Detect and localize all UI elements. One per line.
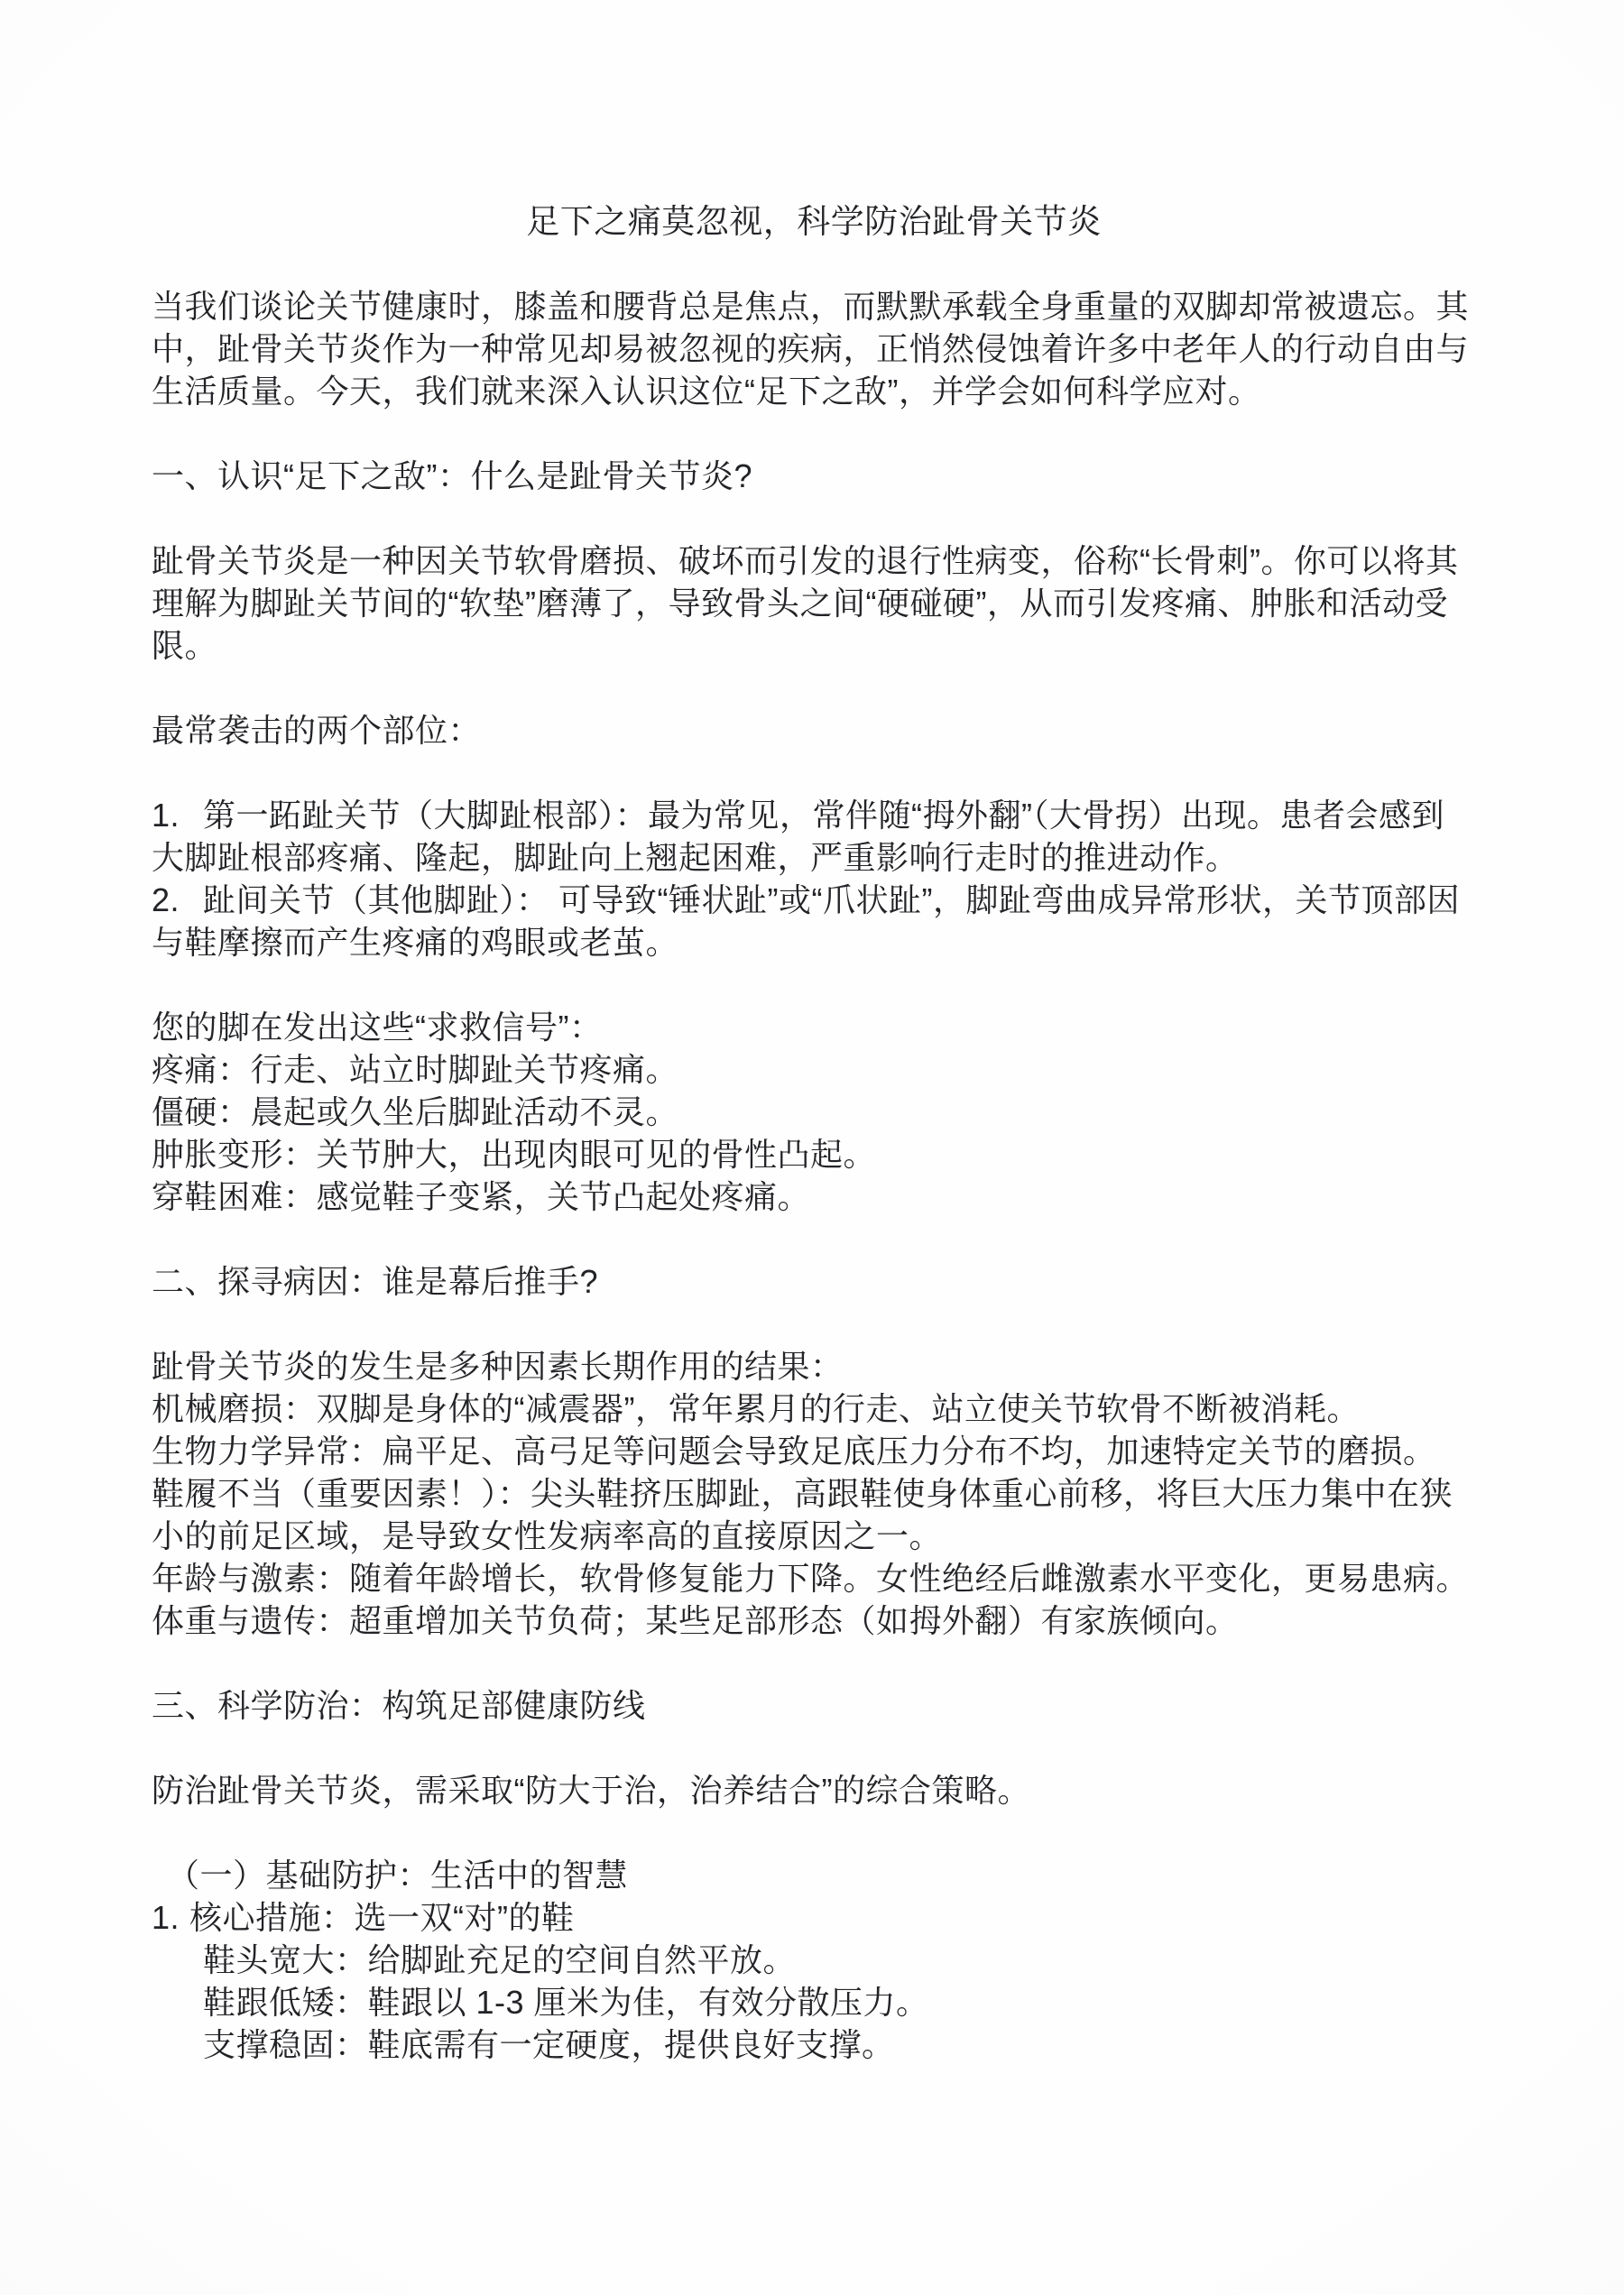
core-measure-item: 1.核心措施：选一双“对”的鞋	[152, 1896, 1476, 1939]
section-2-heading: 二、探寻病因：谁是幕后推手?	[152, 1260, 1476, 1303]
document-screenshot: { "doc": { "title": "足下之痛莫忽视，科学防治趾骨关节炎",…	[0, 0, 1624, 2295]
sites-list: 1.第一跖趾关节（大脚趾根部）：最为常见，常伴随“拇外翻”（大骨拐）出现。患者会…	[152, 794, 1476, 963]
signals-lead-line: 您的脚在发出这些“求救信号”：	[152, 1006, 1476, 1048]
signal-shoe-difficulty: 穿鞋困难：感觉鞋子变紧，关节凸起处疼痛。	[152, 1175, 1476, 1218]
shoe-tip-wide-toe: 鞋头宽大：给脚趾充足的空间自然平放。	[152, 1939, 1476, 1981]
warning-signals-block: 您的脚在发出这些“求救信号”： 疼痛：行走、站立时脚趾关节疼痛。 僵硬：晨起或久…	[152, 1006, 1476, 1218]
cause-age-hormones: 年龄与激素：随着年龄增长，软骨修复能力下降。女性绝经后雌激素水平变化，更易患病。	[152, 1557, 1476, 1599]
site-item-1: 1.第一跖趾关节（大脚趾根部）：最为常见，常伴随“拇外翻”（大骨拐）出现。患者会…	[152, 794, 1476, 879]
shoe-tip-low-heel: 鞋跟低矮：鞋跟以 1-3 厘米为佳，有效分散压力。	[152, 1981, 1476, 2023]
document-page: 足下之痛莫忽视，科学防治趾骨关节炎 当我们谈论关节健康时，膝盖和腰背总是焦点，而…	[0, 0, 1624, 2295]
section-1-definition-paragraph: 趾骨关节炎是一种因关节软骨磨损、破坏而引发的退行性病变，俗称“长骨刺”。你可以将…	[152, 539, 1476, 667]
basic-protection-subheading: （一）基础防护：生活中的智慧	[152, 1854, 1476, 1896]
intro-paragraph: 当我们谈论关节健康时，膝盖和腰背总是焦点，而默默承载全身重量的双脚却常被遗忘。其…	[152, 285, 1476, 412]
site-item-1-marker: 1.	[152, 794, 203, 836]
cause-biomechanics: 生物力学异常：扁平足、高弓足等问题会导致足底压力分布不均，加速特定关节的磨损。	[152, 1430, 1476, 1472]
site-item-1-text: 第一跖趾关节（大脚趾根部）：最为常见，常伴随“拇外翻”（大骨拐）出现。患者会感到…	[152, 797, 1444, 876]
section-3-heading: 三、科学防治：构筑足部健康防线	[152, 1684, 1476, 1727]
cause-mechanical-wear: 机械磨损：双脚是身体的“减震器”，常年累月的行走、站立使关节软骨不断被消耗。	[152, 1387, 1476, 1430]
basic-protection-block: （一）基础防护：生活中的智慧 1.核心措施：选一双“对”的鞋 鞋头宽大：给脚趾充…	[152, 1854, 1476, 2066]
sites-lead-line: 最常袭击的两个部位：	[152, 709, 1476, 751]
section-1-heading: 一、认识“足下之敌”：什么是趾骨关节炎?	[152, 455, 1476, 497]
core-measure-marker: 1.	[152, 1896, 189, 1939]
cause-improper-shoes: 鞋履不当（重要因素！）：尖头鞋挤压脚趾，高跟鞋使身体重心前移，将巨大压力集中在狭…	[152, 1472, 1476, 1557]
signal-stiffness: 僵硬：晨起或久坐后脚趾活动不灵。	[152, 1091, 1476, 1133]
site-item-2: 2.趾间关节（其他脚趾）： 可导致“锤状趾”或“爪状趾”，脚趾弯曲成异常形状，关…	[152, 879, 1476, 963]
causes-lead-line: 趾骨关节炎的发生是多种因素长期作用的结果：	[152, 1345, 1476, 1387]
cause-weight-genetics: 体重与遗传：超重增加关节负荷；某些足部形态（如拇外翻）有家族倾向。	[152, 1599, 1476, 1642]
signal-pain: 疼痛：行走、站立时脚趾关节疼痛。	[152, 1048, 1476, 1091]
site-item-2-text: 趾间关节（其他脚趾）： 可导致“锤状趾”或“爪状趾”，脚趾弯曲成异常形状，关节顶…	[152, 881, 1460, 961]
site-item-2-marker: 2.	[152, 879, 203, 921]
document-title: 足下之痛莫忽视，科学防治趾骨关节炎	[152, 200, 1476, 243]
signal-swelling: 肿胀变形：关节肿大，出现肉眼可见的骨性凸起。	[152, 1133, 1476, 1175]
section-3-lead-paragraph: 防治趾骨关节炎，需采取“防大于治，治养结合”的综合策略。	[152, 1769, 1476, 1811]
shoe-tip-stable-support: 支撑稳固：鞋底需有一定硬度，提供良好支撑。	[152, 2023, 1476, 2066]
core-measure-text: 核心措施：选一双“对”的鞋	[189, 1899, 574, 1936]
causes-block: 趾骨关节炎的发生是多种因素长期作用的结果： 机械磨损：双脚是身体的“减震器”，常…	[152, 1345, 1476, 1642]
